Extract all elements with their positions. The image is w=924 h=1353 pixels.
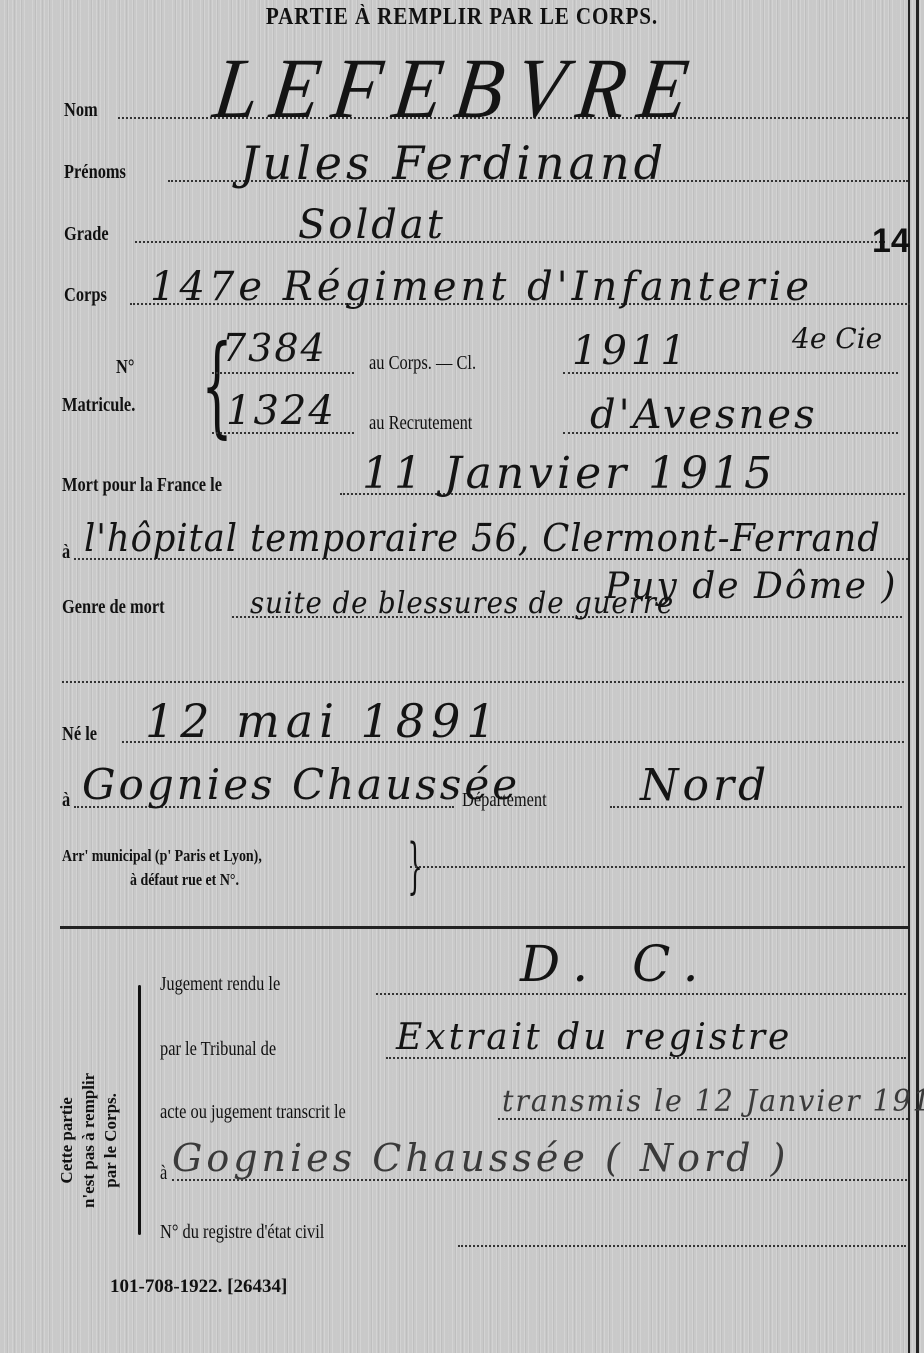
matricule-no-label: N° (116, 356, 134, 379)
side-note-line1: Cette partie (56, 1073, 78, 1208)
lieu-mort-label: à (62, 541, 70, 564)
grade-label: Grade (64, 223, 109, 246)
matricule-corps-line (212, 372, 354, 374)
arrondissement-label-1: Arr' municipal (p' Paris et Lyon), (62, 846, 262, 866)
matricule-recrutement-value: 1324 (226, 388, 336, 434)
mort-label: Mort pour la France le (62, 474, 222, 497)
record-card: PARTIE À REMPLIR PAR LE CORPS. Nom LEFEB… (0, 0, 924, 1353)
genre-mort-value: suite de blessures de guerre (250, 586, 674, 621)
blank-line (62, 681, 904, 683)
matricule-label: Matricule. (62, 394, 135, 417)
side-note-line2: n'est pas à remplir (78, 1073, 100, 1208)
arrondissement-line (410, 866, 905, 868)
registre-line (458, 1245, 906, 1247)
jugement-rendu-line (376, 993, 906, 995)
transcrit-value: transmis le 12 Janvier 1915 (502, 1084, 924, 1119)
classe-value: 1911 (572, 328, 690, 374)
compagnie-value: 4e Cie (792, 322, 882, 355)
matricule-corps-label: au Corps. — Cl. (369, 352, 476, 375)
lieu-transcription-label: à (160, 1162, 167, 1185)
naissance-value: 12 mai 1891 (145, 694, 502, 748)
section-separator (60, 926, 908, 929)
corps-value: 147e Régiment d'Infanterie (150, 264, 813, 310)
registre-label: N° du registre d'état civil (160, 1221, 324, 1244)
mort-value: 11 Janvier 1915 (362, 448, 776, 499)
lieu-naissance-value: Gognies Chaussée (82, 760, 520, 809)
jugement-rendu-label: Jugement rendu le (160, 973, 280, 996)
transcrit-label: acte ou jugement transcrit le (160, 1101, 346, 1124)
recrutement-place-value: d'Avesnes (590, 392, 818, 438)
grade-line (135, 241, 885, 243)
right-border-line-outer (916, 0, 919, 1353)
side-note-line3: par le Corps. (100, 1073, 122, 1208)
departement-value: Nord (640, 760, 770, 811)
naissance-label: Né le (62, 723, 97, 746)
matricule-corps-value: 7384 (222, 326, 327, 370)
nom-label: Nom (64, 99, 98, 122)
lieu-mort-value: l'hôpital temporaire 56, Clermont-Ferran… (84, 516, 881, 560)
corps-label: Corps (64, 284, 107, 307)
tribunal-value: Extrait du registre (396, 1017, 792, 1058)
side-bracket (138, 985, 141, 1235)
prenoms-value: Jules Ferdinand (240, 136, 667, 190)
lieu-naissance-label: à (62, 789, 70, 812)
grade-value: Soldat (298, 202, 446, 248)
side-note: Cette partie n'est pas à remplir par le … (56, 1073, 122, 1208)
recrutement-label: au Recrutement (369, 412, 472, 435)
arrondissement-label-2: à défaut rue et N°. (130, 870, 239, 890)
page-number: 14 (872, 222, 910, 261)
print-reference: 101-708-1922. [26434] (110, 1276, 287, 1298)
jugement-rendu-value: D. C. (520, 935, 712, 993)
prenoms-label: Prénoms (64, 161, 126, 184)
genre-mort-label: Genre de mort (62, 596, 165, 619)
card-header: PARTIE À REMPLIR PAR LE CORPS. (55, 4, 868, 31)
nom-value: LEFEBVRE (209, 38, 707, 138)
departement-label: Département (462, 789, 547, 812)
right-border-line (908, 0, 910, 1353)
lieu-transcription-value: Gognies Chaussée ( Nord ) (172, 1136, 789, 1180)
tribunal-label: par le Tribunal de (160, 1038, 276, 1061)
